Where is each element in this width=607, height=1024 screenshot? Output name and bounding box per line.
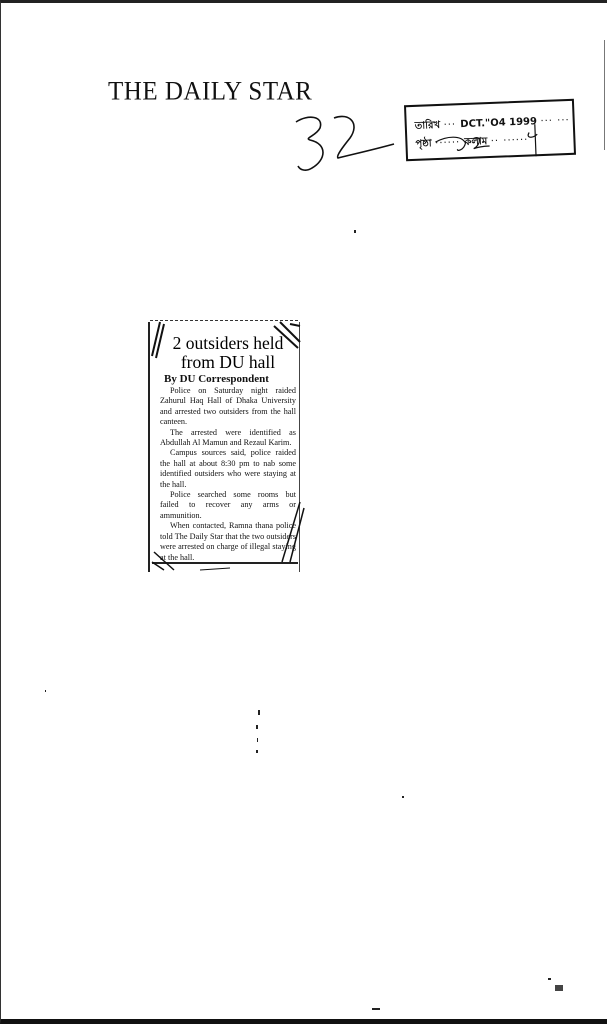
scan-speck xyxy=(45,690,46,692)
stamp-date-row: তারিখ ··· DCT."O4 1999 ··· ··· xyxy=(415,113,571,136)
scan-speck xyxy=(258,710,260,715)
scan-speck xyxy=(372,1008,380,1010)
scan-speck xyxy=(354,230,356,233)
stamp-column-label: কলাম xyxy=(464,136,487,148)
paragraph: When contacted, Ramna thana police told … xyxy=(160,521,296,563)
paragraph: The arrested were identified as Abdullah… xyxy=(160,428,296,449)
clipping-top-edge xyxy=(150,320,298,321)
scan-speck xyxy=(256,750,258,753)
stamp-date-value: DCT."O4 1999 xyxy=(460,116,537,130)
paragraph: Police searched some rooms but failed to… xyxy=(160,490,296,521)
scan-speck xyxy=(402,796,404,798)
paragraph: Police on Saturday night raided Zahurul … xyxy=(160,386,296,428)
scan-speck xyxy=(604,40,605,150)
archive-stamp: তারিখ ··· DCT."O4 1999 ··· ··· পৃষ্ঠা ··… xyxy=(404,99,576,161)
clipping-bottom-edge xyxy=(152,562,298,564)
clipping-body: Police on Saturday night raided Zahurul … xyxy=(160,386,296,563)
scan-speck xyxy=(555,985,563,991)
scan-speck xyxy=(548,978,551,980)
clipping-byline: By DU Correspondent xyxy=(164,373,269,385)
clipping-headline: 2 outsiders held from DU hall xyxy=(160,334,296,372)
stamp-page-row: পৃষ্ঠা ······ কলাম ·· ······ xyxy=(415,133,529,154)
handwritten-page-number: 32 xyxy=(290,108,400,178)
paragraph: Campus sources said, police raided the h… xyxy=(160,448,296,490)
news-clipping: 2 outsiders held from DU hall By DU Corr… xyxy=(148,322,300,572)
scan-speck xyxy=(257,738,258,742)
stamp-page-label: পৃষ্ঠা xyxy=(415,138,432,150)
stamp-date-label: তারিখ xyxy=(415,120,441,132)
scan-speck xyxy=(256,725,258,729)
newspaper-masthead: THE DAILY STAR xyxy=(108,77,312,106)
